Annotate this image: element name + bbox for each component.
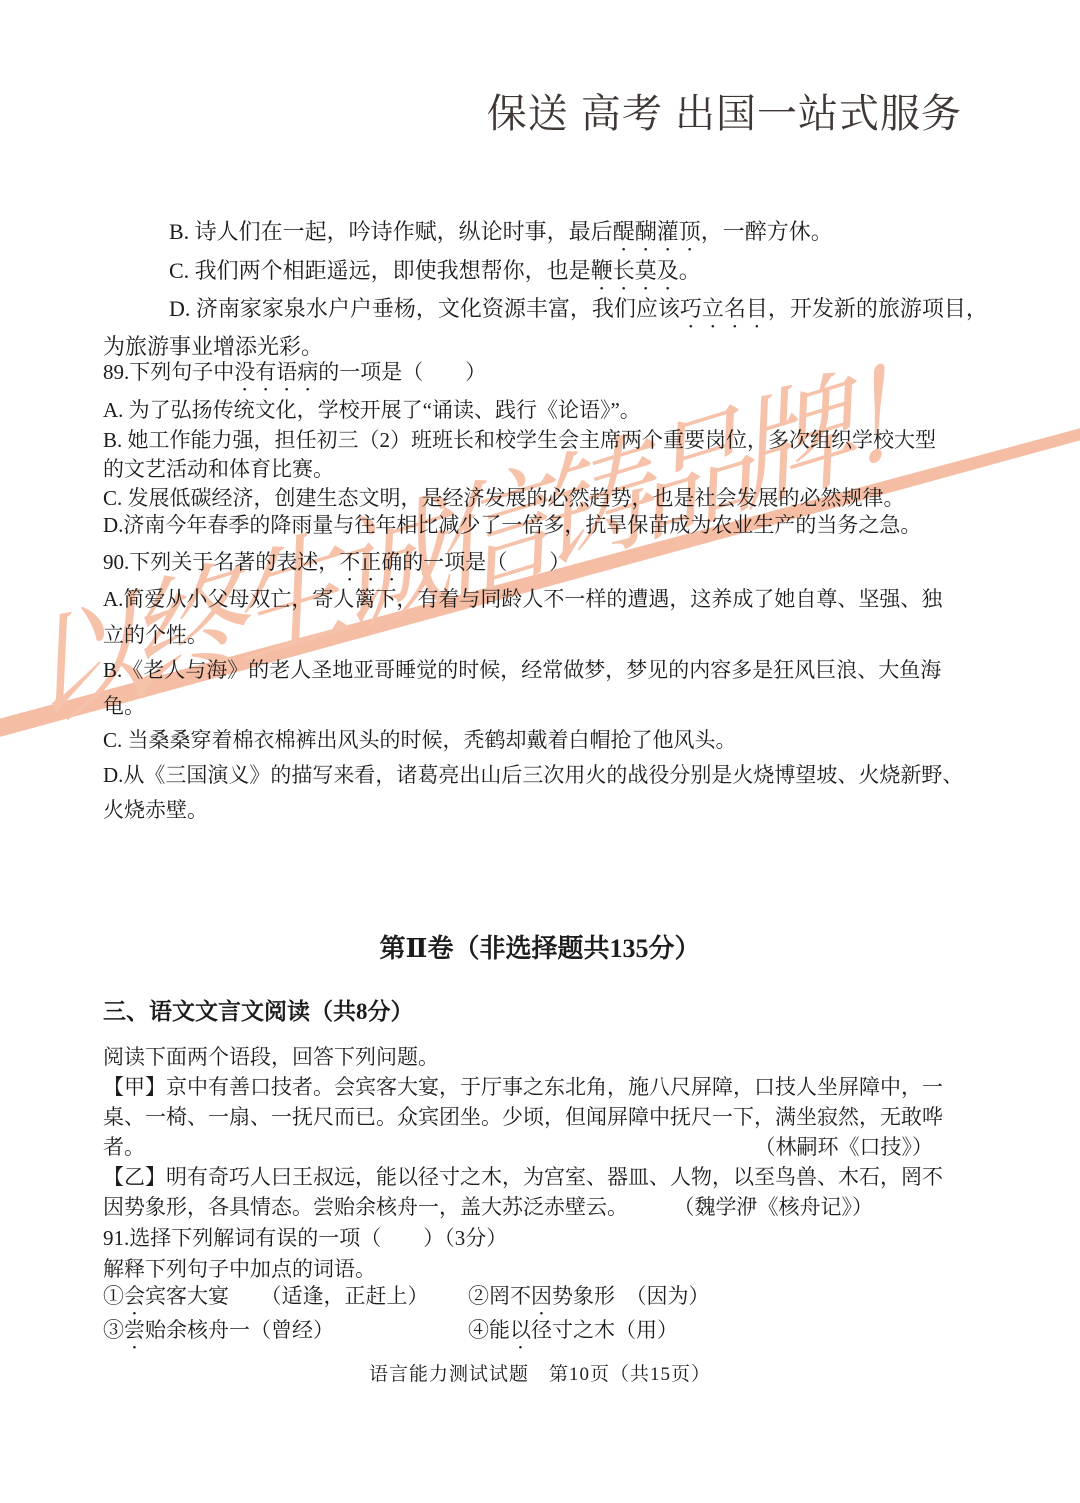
q88-option-d-cont: 为旅游事业增添光彩。 (103, 334, 323, 360)
emphasized-text: 鞭长莫及 (591, 258, 679, 283)
q91-item-4: ④能以径寸之木（用） (468, 1318, 678, 1354)
exam-page: 以终生诚信铸品牌！ 保送 高考 出国一站式服务 B. 诗人们在一起，吟诗作赋，纵… (0, 0, 1080, 1503)
text-segment: C. 我们两个相距遥远，即使我想帮你，也是 (169, 258, 591, 283)
passage-jia-line3: 者。 (103, 1135, 145, 1160)
q91-item-1: ①会宾客大宴 （适逢，正赶上） (103, 1284, 429, 1320)
q90-option-c: C. 当桑桑穿着棉衣棉裤出风头的时候，秃鹤却戴着白帽抢了他风头。 (103, 728, 737, 753)
text-segment: ，一醉方休。 (701, 219, 833, 244)
q88-option-b: B. 诗人们在一起，吟诗作赋，纵论时事，最后醍醐灌顶，一醉方休。 (169, 219, 833, 256)
passage-yi-source: （魏学洢《核舟记》） (684, 1195, 873, 1219)
q90-stem: 90.下列关于名著的表述，不正确的一项是（ ） (103, 550, 570, 586)
q89-stem: 89.下列句子中没有语病的一项是（ ） (103, 360, 486, 396)
page-footer: 语言能力测试试题 第10页（共15页） (0, 1364, 1080, 1387)
q89-option-b-cont: 的文艺活动和体育比赛。 (103, 457, 334, 482)
text-segment: ① (103, 1284, 124, 1308)
text-segment: 宾客大宴 （适逢，正赶上） (145, 1284, 429, 1308)
text-segment: 贻余核舟一（曾经） (145, 1318, 334, 1342)
text-segment: D. 济南家家泉水户户垂杨，文化资源丰富，我们应该 (169, 296, 680, 321)
q91-item-2: ②罔不因势象形 （因为） (468, 1284, 710, 1320)
emphasized-text: 以 (510, 1318, 531, 1342)
q91-item-3: ③尝贻余核舟一（曾经） (103, 1318, 334, 1354)
text-segment: ，开发新的旅游项目， (768, 296, 988, 321)
emphasized-text: 醍醐灌顶 (613, 219, 701, 244)
passage-jia-source: （林嗣环《口技》） (755, 1135, 934, 1160)
q90-option-a: A.简爱从小父母双亡，寄人篱下，有着与同龄人不一样的遭遇，这养成了她自尊、坚强、… (103, 587, 942, 612)
reading-intro: 阅读下面两个语段，回答下列问题。 (103, 1045, 439, 1070)
text-segment: 90.下列关于名著的表述， (103, 550, 339, 574)
passage-jia-line1: 【甲】京中有善口技者。会宾客大宴，于厅事之东北角，施八尺屏障，口技人坐屏障中，一 (103, 1075, 943, 1100)
q90-option-d: D.从《三国演义》的描写来看，诸葛亮出山后三次用火的战役分别是火烧博望坡、火烧新… (103, 763, 963, 788)
q91-stem: 91.选择下列解词有误的一项（ ）（3分） (103, 1226, 507, 1251)
q89-option-c: C. 发展低碳经济，创建生态文明，是经济发展的必然趋势，也是社会发展的必然规律。 (103, 486, 905, 511)
header-slogan: 保送 高考 出国一站式服务 (487, 82, 962, 139)
text-segment: ③ (103, 1318, 124, 1342)
emphasized-text: 没有语病 (234, 360, 318, 384)
q88-option-c: C. 我们两个相距遥远，即使我想帮你，也是鞭长莫及。 (169, 258, 701, 295)
text-segment: 的一项是（ ） (402, 550, 570, 574)
text-segment: 的一项是（ ） (318, 360, 486, 384)
emphasized-text: 不正确 (339, 550, 402, 574)
emphasized-text: 因 (531, 1284, 552, 1308)
text-segment: B. 诗人们在一起，吟诗作赋，纵论时事，最后 (169, 219, 613, 244)
q89-option-a: A. 为了弘扬传统文化，学校开展了“诵读、践行《论语》”。 (103, 398, 641, 423)
part2-title: 第Ⅱ卷（非选择题共135分） (0, 933, 1080, 964)
text-segment: 径寸之木（用） (531, 1318, 678, 1342)
q90-option-b-cont: 龟。 (103, 694, 145, 719)
q89-option-d: D.济南今年春季的降雨量与往年相比减少了一倍多，抗旱保苗成为农业生产的当务之急。 (103, 513, 921, 538)
passage-yi-line2: 因势象形，各具情态。尝贻余核舟一，盖大苏泛赤壁云。（魏学洢《核舟记》） (103, 1195, 873, 1220)
emphasized-text: 巧立名目 (680, 296, 768, 321)
q90-option-d-cont: 火烧赤壁。 (103, 798, 208, 823)
text-segment: ②罔不 (468, 1284, 531, 1308)
q91-subtitle: 解释下列句子中加点的词语。 (103, 1257, 376, 1282)
q89-option-b: B. 她工作能力强，担任初三（2）班班长和校学生会主席两个重要岗位，多次组织学校… (103, 428, 936, 453)
q90-option-a-cont: 立的个性。 (103, 623, 208, 648)
part2-section-title: 三、语文文言文阅读（共8分） (103, 998, 414, 1026)
text-segment: 势象形 （因为） (552, 1284, 710, 1308)
passage-jia-line2: 桌、一椅、一扇、一抚尺而已。众宾团坐。少顷，但闻屏障中抚尺一下，满坐寂然，无敢哗 (103, 1105, 943, 1130)
emphasized-text: 尝 (124, 1318, 145, 1342)
text-segment: ④能 (468, 1318, 510, 1342)
q88-option-d: D. 济南家家泉水户户垂杨，文化资源丰富，我们应该巧立名目，开发新的旅游项目， (169, 296, 988, 333)
text-segment: 89.下列句子中 (103, 360, 234, 384)
text-segment: 。 (679, 258, 701, 283)
emphasized-text: 会 (124, 1284, 145, 1308)
text-segment: 因势象形，各具情态。尝贻余核舟一，盖大苏泛赤壁云。 (103, 1195, 628, 1219)
q90-option-b: B.《老人与海》的老人圣地亚哥睡觉的时候，经常做梦，梦见的内容多是狂风巨浪、大鱼… (103, 658, 941, 683)
passage-yi-line1: 【乙】明有奇巧人曰王叔远，能以径寸之木，为宫室、器皿、人物，以至鸟兽、木石，罔不 (103, 1165, 943, 1190)
